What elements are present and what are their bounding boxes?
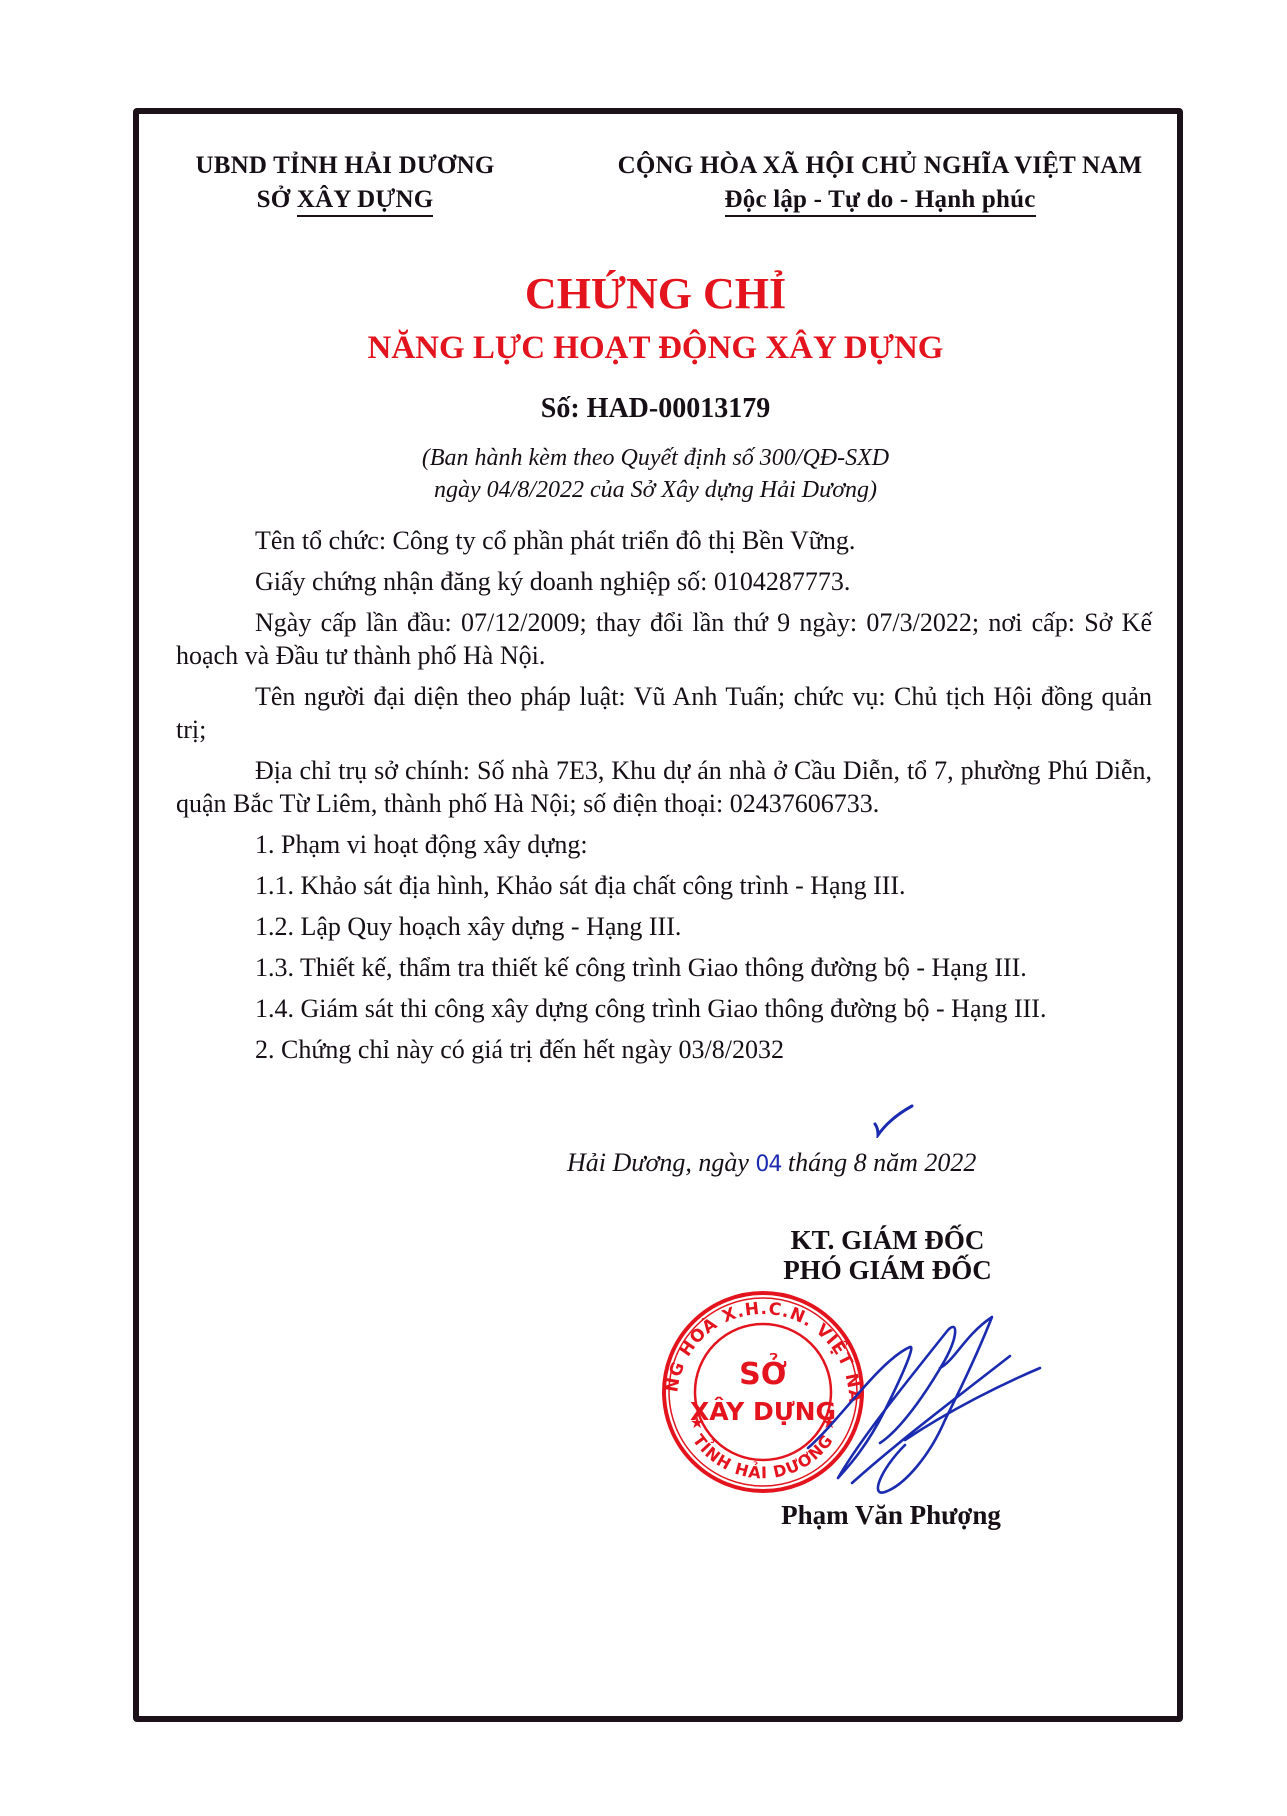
seal-and-signature: CỘNG HOÀ X.H.C.N. VIỆT NAM TỈNH HẢI DƯƠN… bbox=[0, 0, 1287, 1816]
svg-text:XÂY DỰNG: XÂY DỰNG bbox=[690, 1397, 836, 1426]
signer-name: Phạm Văn Phượng bbox=[757, 1500, 1025, 1531]
svg-text:CỘNG HOÀ X.H.C.N. VIỆT NAM: CỘNG HOÀ X.H.C.N. VIỆT NAM bbox=[0, 0, 864, 1404]
official-seal-icon: CỘNG HOÀ X.H.C.N. VIỆT NAM TỈNH HẢI DƯƠN… bbox=[0, 0, 864, 1491]
svg-text:SỞ: SỞ bbox=[739, 1352, 787, 1392]
